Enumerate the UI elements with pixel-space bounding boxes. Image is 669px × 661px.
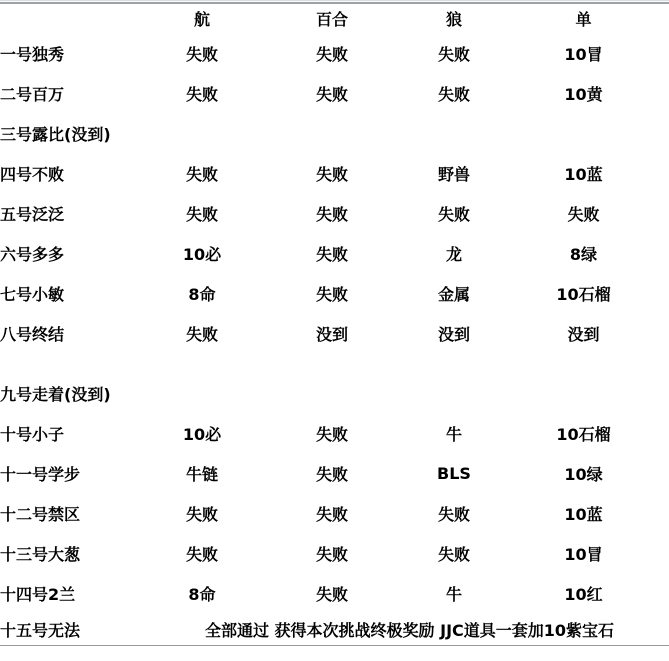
result-cell: 失败 <box>254 193 410 233</box>
table-row: 九号走着(没到) <box>0 373 669 413</box>
result-cell: 失败 <box>410 33 498 73</box>
result-cell: 8绿 <box>498 233 669 273</box>
result-cell: 失败 <box>254 73 410 113</box>
result-cell: 10必 <box>150 233 254 273</box>
result-cell: 失败 <box>254 33 410 73</box>
result-cell: BLS <box>410 453 498 493</box>
result-cell: 野兽 <box>410 153 498 193</box>
result-cell: 失败 <box>150 153 254 193</box>
result-cell <box>410 113 498 153</box>
table-row: 五号泛泛失败失败失败失败 <box>0 193 669 233</box>
row-label: 九号走着(没到) <box>0 373 150 413</box>
result-cell: 失败 <box>254 273 410 313</box>
row-label: 五号泛泛 <box>0 193 150 233</box>
result-cell: 失败 <box>254 413 410 453</box>
result-cell: 失败 <box>498 193 669 233</box>
result-cell: 失败 <box>410 73 498 113</box>
result-cell: 8命 <box>150 273 254 313</box>
result-cell: 失败 <box>150 193 254 233</box>
header-row: 航 百合 狼 单 <box>0 4 669 33</box>
result-cell: 失败 <box>254 533 410 573</box>
result-cell: 龙 <box>410 233 498 273</box>
column-header-hang: 航 <box>150 4 254 33</box>
table-row: 一号独秀失败失败失败10冒 <box>0 33 669 73</box>
result-cell: 10冒 <box>498 33 669 73</box>
row-label: 六号多多 <box>0 233 150 273</box>
result-cell: 失败 <box>254 453 410 493</box>
result-cell: 失败 <box>150 313 254 353</box>
table-row: 八号终结失败没到没到没到 <box>0 313 669 353</box>
result-cell: 8命 <box>150 573 254 613</box>
result-cell: 失败 <box>150 493 254 533</box>
spacer-row <box>0 353 669 373</box>
result-cell: 失败 <box>254 493 410 533</box>
table-row: 十五号无法全部通过 获得本次挑战终极奖励 JJC道具一套加10紫宝石 <box>0 613 669 645</box>
result-cell: 失败 <box>254 233 410 273</box>
result-cell: 失败 <box>150 73 254 113</box>
result-cell: 没到 <box>254 313 410 353</box>
result-cell <box>498 113 669 153</box>
row-label: 四号不败 <box>0 153 150 193</box>
row-label: 十二号禁区 <box>0 493 150 533</box>
column-header-lang: 狼 <box>410 4 498 33</box>
result-cell: 10冒 <box>498 533 669 573</box>
result-cell <box>410 373 498 413</box>
result-cell: 失败 <box>254 153 410 193</box>
row-label: 十四号2兰 <box>0 573 150 613</box>
table-row: 十号小子10必失败牛10石榴 <box>0 413 669 453</box>
result-cell: 没到 <box>410 313 498 353</box>
result-cell: 10石榴 <box>498 273 669 313</box>
row-label: 十号小子 <box>0 413 150 453</box>
table-row: 十三号大葱失败失败失败10冒 <box>0 533 669 573</box>
empty-cell <box>0 353 669 373</box>
column-header-dan: 单 <box>498 4 669 33</box>
row-label: 十五号无法 <box>0 613 150 645</box>
row-label: 十三号大葱 <box>0 533 150 573</box>
merged-summary-cell: 全部通过 获得本次挑战终极奖励 JJC道具一套加10紫宝石 <box>150 613 669 645</box>
table-row: 二号百万失败失败失败10黄 <box>0 73 669 113</box>
row-label: 三号露比(没到) <box>0 113 150 153</box>
result-cell <box>498 373 669 413</box>
result-cell: 10必 <box>150 413 254 453</box>
result-cell: 失败 <box>150 33 254 73</box>
result-cell: 10石榴 <box>498 413 669 453</box>
row-label: 十一号学步 <box>0 453 150 493</box>
result-cell: 失败 <box>410 493 498 533</box>
table-row: 十二号禁区失败失败失败10蓝 <box>0 493 669 533</box>
result-cell: 失败 <box>410 533 498 573</box>
result-cell <box>150 373 254 413</box>
row-label: 一号独秀 <box>0 33 150 73</box>
results-table: 航 百合 狼 单 一号独秀失败失败失败10冒二号百万失败失败失败10黄三号露比(… <box>0 4 669 645</box>
table-row: 七号小敏8命失败金属10石榴 <box>0 273 669 313</box>
table-row: 十一号学步牛链失败BLS10绿 <box>0 453 669 493</box>
result-cell: 失败 <box>254 573 410 613</box>
column-header-baihe: 百合 <box>254 4 410 33</box>
table-row: 十四号2兰8命失败牛10红 <box>0 573 669 613</box>
result-cell: 金属 <box>410 273 498 313</box>
row-label: 八号终结 <box>0 313 150 353</box>
result-cell: 10绿 <box>498 453 669 493</box>
result-cell: 失败 <box>410 193 498 233</box>
result-cell: 10黄 <box>498 73 669 113</box>
result-cell: 10蓝 <box>498 493 669 533</box>
bottom-window-edge <box>0 645 669 646</box>
result-cell: 10蓝 <box>498 153 669 193</box>
result-cell: 没到 <box>498 313 669 353</box>
column-header-blank <box>0 4 150 33</box>
table-row: 四号不败失败失败野兽10蓝 <box>0 153 669 193</box>
result-cell: 牛 <box>410 413 498 453</box>
row-label: 七号小敏 <box>0 273 150 313</box>
result-cell: 10红 <box>498 573 669 613</box>
result-cell: 牛 <box>410 573 498 613</box>
result-cell <box>254 373 410 413</box>
result-cell: 牛链 <box>150 453 254 493</box>
result-cell <box>254 113 410 153</box>
table-row: 六号多多10必失败龙8绿 <box>0 233 669 273</box>
table-row: 三号露比(没到) <box>0 113 669 153</box>
row-label: 二号百万 <box>0 73 150 113</box>
result-cell: 失败 <box>150 533 254 573</box>
result-cell <box>150 113 254 153</box>
spreadsheet-page: 航 百合 狼 单 一号独秀失败失败失败10冒二号百万失败失败失败10黄三号露比(… <box>0 0 669 661</box>
